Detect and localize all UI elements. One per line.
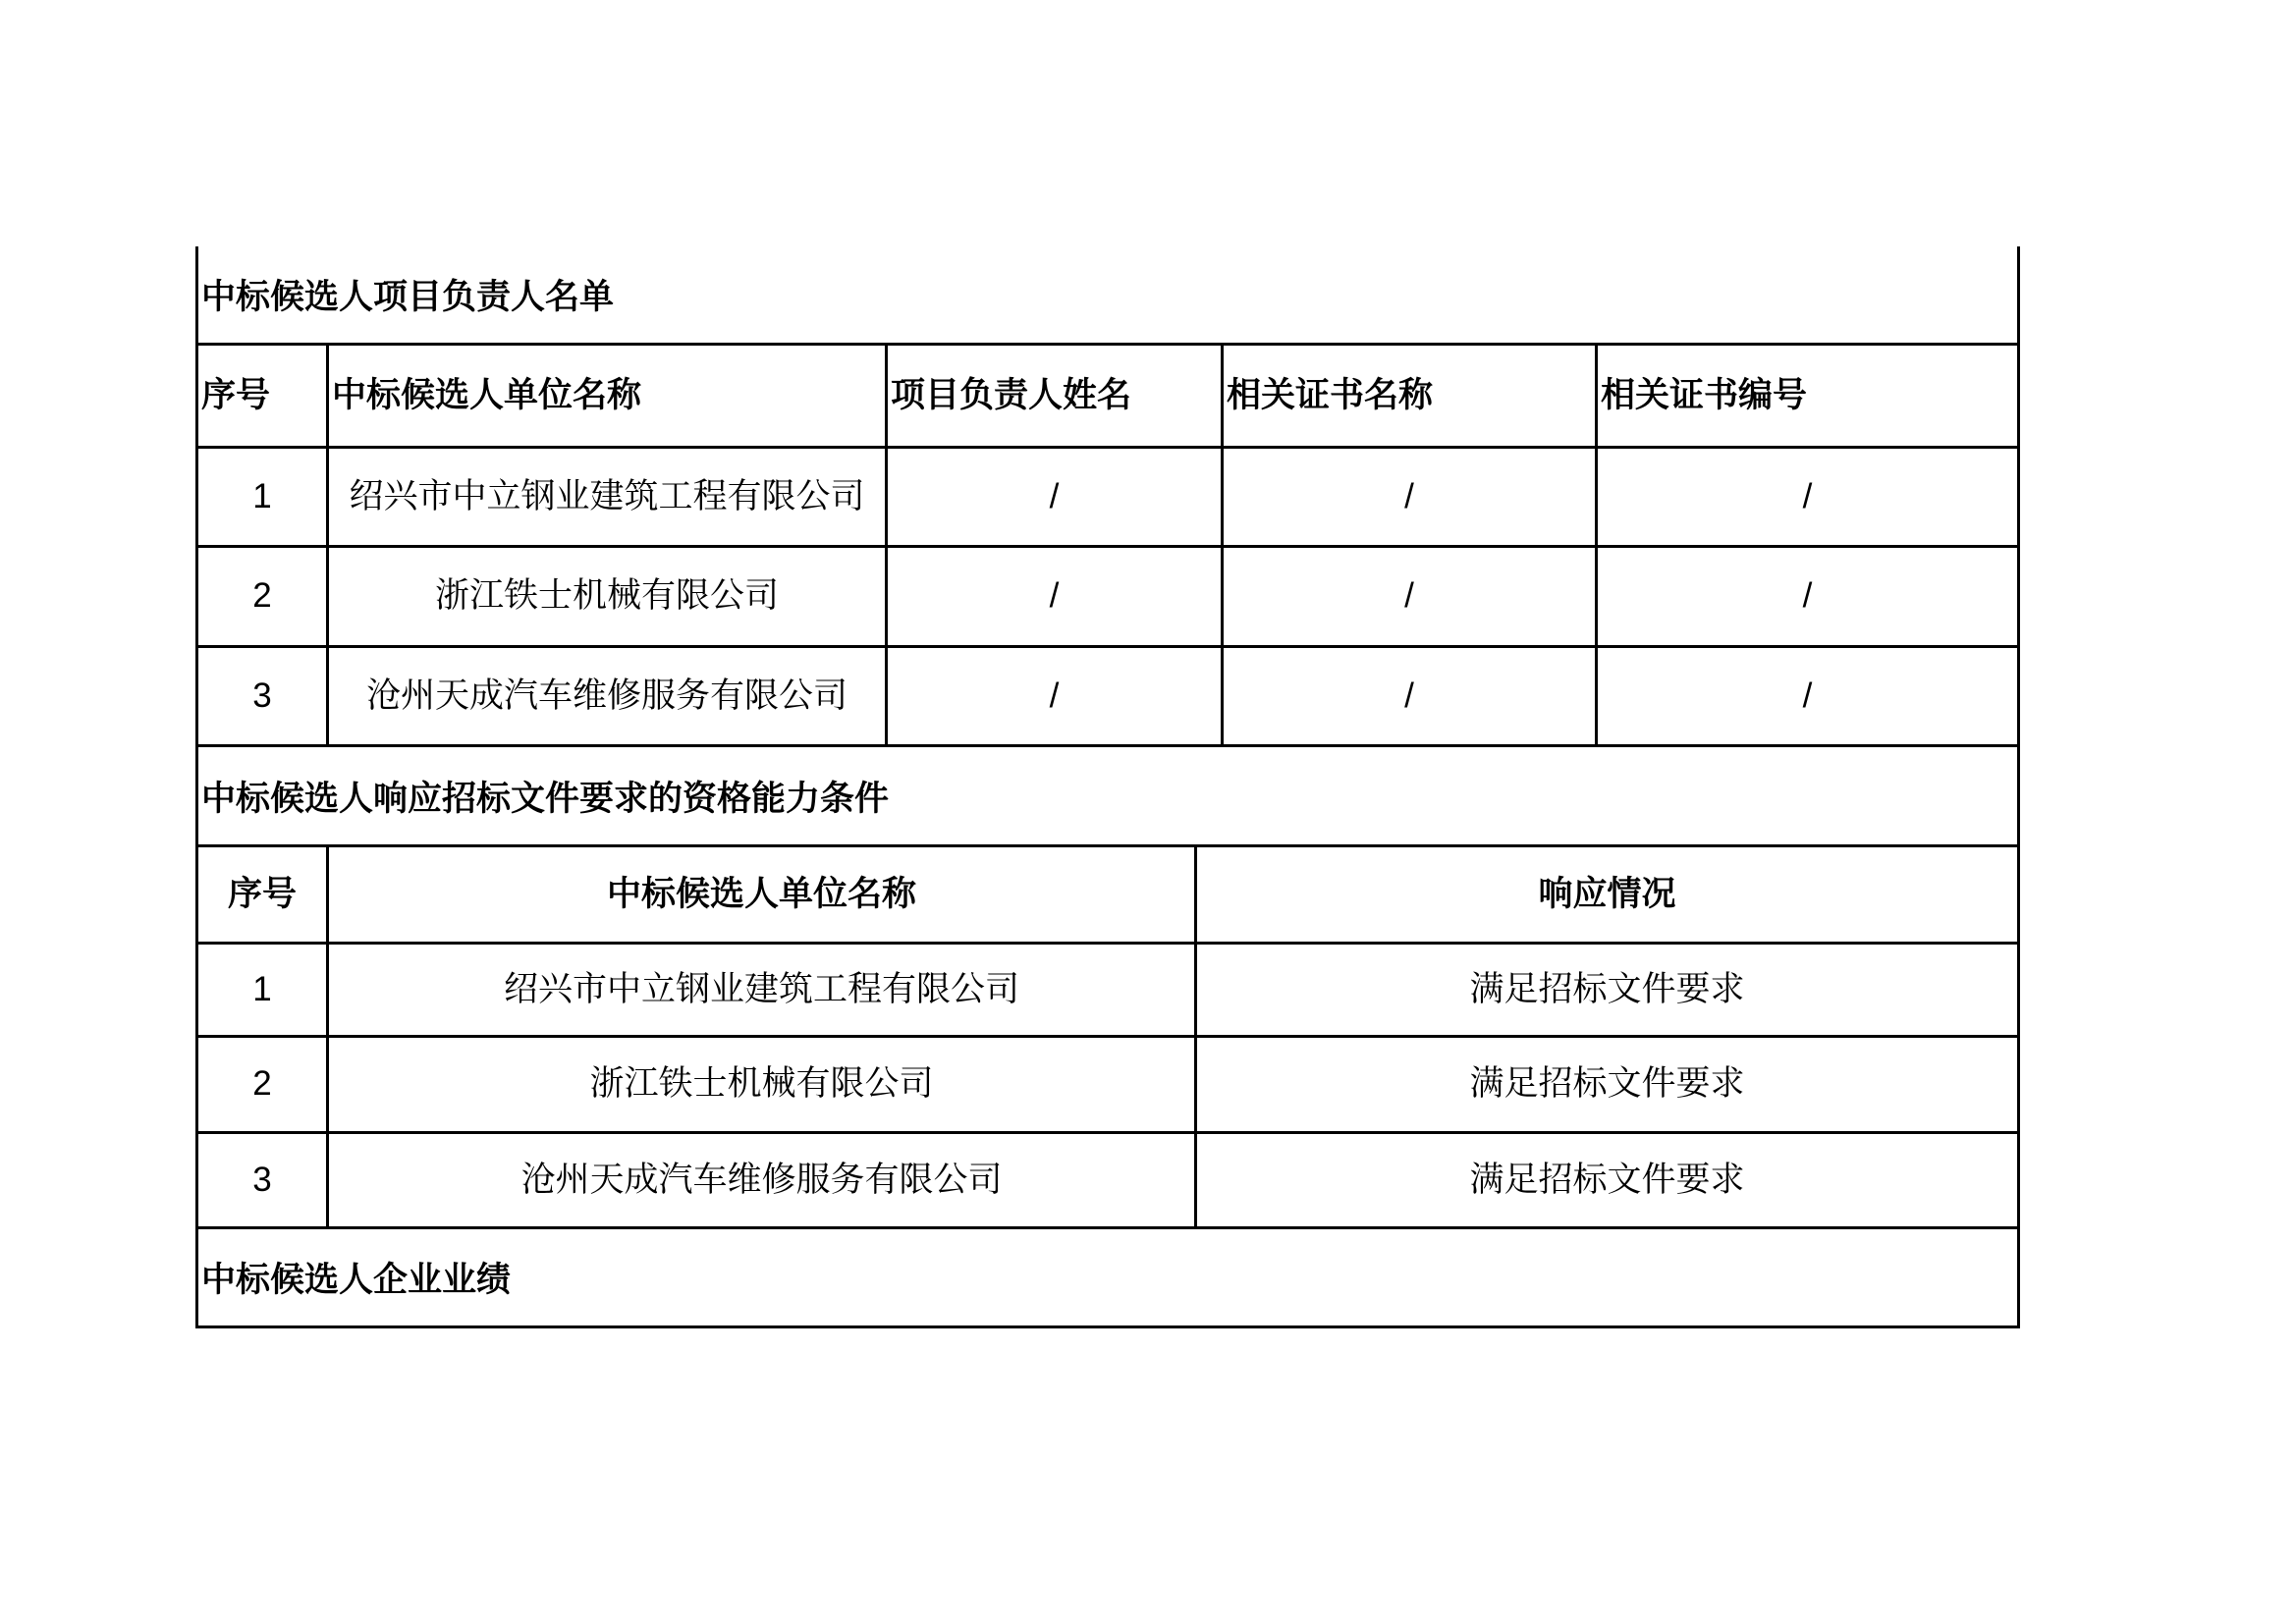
table1-cell-cert-name: / [1224, 449, 1598, 548]
table1-cell-cert-number: / [1598, 648, 2020, 747]
table2-header-row: 序号 中标候选人单位名称 响应情况 [198, 847, 2020, 945]
table1-cell-cert-name: / [1224, 548, 1598, 648]
table2-cell-seq: 3 [198, 1134, 329, 1229]
table1-cell-leader-name: / [888, 548, 1224, 648]
table1-row: 2 浙江铁士机械有限公司 / / / [198, 548, 2020, 648]
table1-cell-company: 沧州天成汽车维修服务有限公司 [329, 648, 888, 747]
table1-cell-company: 绍兴市中立钢业建筑工程有限公司 [329, 449, 888, 548]
table1-header-company: 中标候选人单位名称 [329, 346, 888, 449]
table1-cell-leader-name: / [888, 648, 1224, 747]
table1-header-cert-number: 相关证书编号 [1598, 346, 2020, 449]
table2-cell-response: 满足招标文件要求 [1197, 1134, 2020, 1229]
project-leaders-table: 序号 中标候选人单位名称 项目负责人姓名 相关证书名称 相关证书编号 1 绍兴市… [198, 346, 2020, 747]
bid-candidates-document: 中标候选人项目负责人名单 序号 中标候选人单位名称 项目负责人姓名 相关证书名称… [195, 246, 2020, 1328]
table2-row: 3 沧州天成汽车维修服务有限公司 满足招标文件要求 [198, 1134, 2020, 1229]
table2-cell-company: 浙江铁士机械有限公司 [329, 1038, 1197, 1134]
table1-cell-cert-number: / [1598, 548, 2020, 648]
section3-title: 中标候选人企业业绩 [198, 1229, 2020, 1328]
table1-row: 1 绍兴市中立钢业建筑工程有限公司 / / / [198, 449, 2020, 548]
table2-cell-company: 绍兴市中立钢业建筑工程有限公司 [329, 945, 1197, 1038]
table1-row: 3 沧州天成汽车维修服务有限公司 / / / [198, 648, 2020, 747]
table2-row: 1 绍兴市中立钢业建筑工程有限公司 满足招标文件要求 [198, 945, 2020, 1038]
table2-header-response: 响应情况 [1197, 847, 2020, 945]
qualification-response-table: 序号 中标候选人单位名称 响应情况 1 绍兴市中立钢业建筑工程有限公司 满足招标… [198, 847, 2020, 1229]
section1-title: 中标候选人项目负责人名单 [198, 246, 2020, 346]
table2-cell-seq: 1 [198, 945, 329, 1038]
table1-header-cert-name: 相关证书名称 [1224, 346, 1598, 449]
table1-cell-seq: 2 [198, 548, 329, 648]
table2-cell-response: 满足招标文件要求 [1197, 1038, 2020, 1134]
table1-header-leader-name: 项目负责人姓名 [888, 346, 1224, 449]
table1-cell-company: 浙江铁士机械有限公司 [329, 548, 888, 648]
table1-cell-cert-name: / [1224, 648, 1598, 747]
table1-cell-seq: 3 [198, 648, 329, 747]
table1-header-seq: 序号 [198, 346, 329, 449]
table2-row: 2 浙江铁士机械有限公司 满足招标文件要求 [198, 1038, 2020, 1134]
table2-cell-response: 满足招标文件要求 [1197, 945, 2020, 1038]
table2-header-seq: 序号 [198, 847, 329, 945]
table1-cell-cert-number: / [1598, 449, 2020, 548]
table2-header-company: 中标候选人单位名称 [329, 847, 1197, 945]
table1-header-row: 序号 中标候选人单位名称 项目负责人姓名 相关证书名称 相关证书编号 [198, 346, 2020, 449]
table2-cell-company: 沧州天成汽车维修服务有限公司 [329, 1134, 1197, 1229]
table2-cell-seq: 2 [198, 1038, 329, 1134]
table1-cell-seq: 1 [198, 449, 329, 548]
section2-title: 中标候选人响应招标文件要求的资格能力条件 [198, 747, 2020, 847]
table1-cell-leader-name: / [888, 449, 1224, 548]
